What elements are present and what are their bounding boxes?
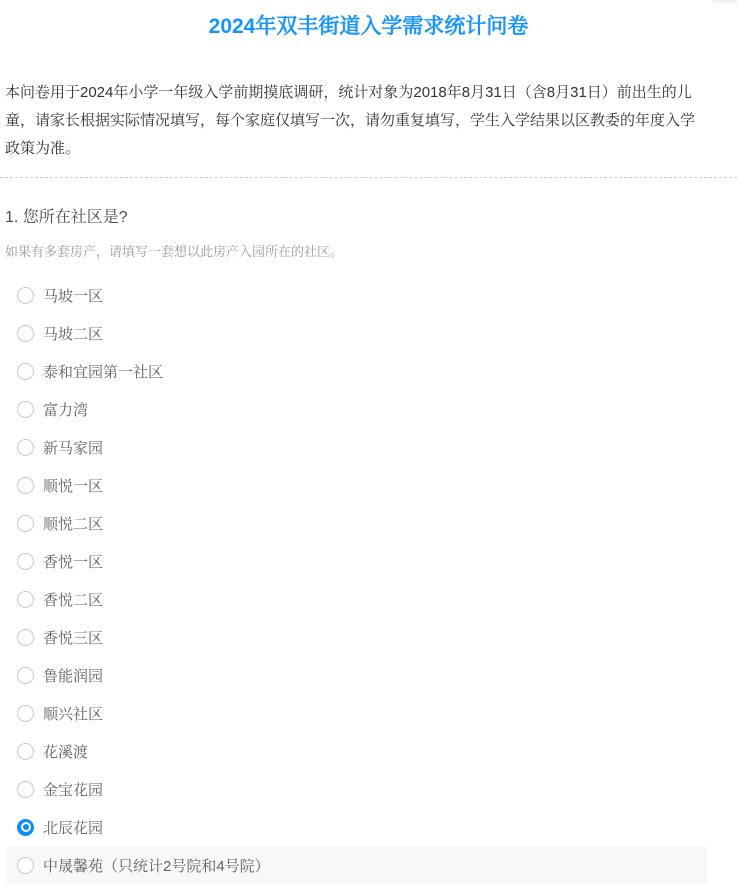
radio-option-label: 泰和宜园第一社区	[43, 361, 163, 382]
radio-option[interactable]: 中晟馨苑（只统计2号院和4号院）	[7, 846, 707, 884]
radio-option[interactable]: 花溪渡	[7, 732, 707, 770]
radio-icon[interactable]	[17, 401, 34, 418]
radio-icon[interactable]	[17, 439, 34, 456]
radio-icon[interactable]	[17, 629, 34, 646]
radio-option-label: 新马家园	[43, 437, 103, 458]
radio-option[interactable]: 北辰花园	[7, 808, 707, 846]
radio-option[interactable]: 香悦一区	[7, 542, 707, 580]
radio-option[interactable]: 顺兴社区	[7, 694, 707, 732]
radio-option[interactable]: 富力湾	[7, 390, 707, 428]
radio-option-label: 马坡二区	[43, 323, 103, 344]
radio-option[interactable]: 泰和宜园第一社区	[7, 352, 707, 390]
radio-icon[interactable]	[17, 553, 34, 570]
radio-option[interactable]: 顺悦二区	[7, 504, 707, 542]
radio-icon[interactable]	[17, 705, 34, 722]
radio-icon[interactable]	[17, 857, 34, 874]
radio-icon[interactable]	[17, 477, 34, 494]
scrollbar-artifact	[713, 0, 737, 3]
radio-option[interactable]: 香悦三区	[7, 618, 707, 656]
radio-option[interactable]: 鲁能润园	[7, 656, 707, 694]
radio-option-label: 中晟馨苑（只统计2号院和4号院）	[43, 855, 270, 876]
radio-icon[interactable]	[17, 515, 34, 532]
radio-option[interactable]: 顺悦一区	[7, 466, 707, 504]
radio-option-label: 马坡一区	[43, 285, 103, 306]
radio-icon[interactable]	[17, 819, 34, 836]
radio-option[interactable]: 新马家园	[7, 428, 707, 466]
radio-icon[interactable]	[17, 325, 34, 342]
question-title: 1. 您所在社区是?	[5, 209, 128, 226]
radio-option[interactable]: 马坡一区	[7, 276, 707, 314]
radio-icon[interactable]	[17, 743, 34, 760]
section-divider	[0, 177, 737, 178]
radio-option[interactable]: 马坡二区	[7, 314, 707, 352]
survey-page: 2024年双丰街道入学需求统计问卷 本问卷用于2024年小学一年级入学前期摸底调…	[0, 14, 737, 884]
radio-option-label: 顺兴社区	[43, 703, 103, 724]
radio-option-label: 香悦三区	[43, 627, 103, 648]
radio-option-label: 香悦一区	[43, 551, 103, 572]
radio-option-label: 金宝花园	[43, 779, 103, 800]
radio-option[interactable]: 香悦二区	[7, 580, 707, 618]
radio-option-label: 香悦二区	[43, 589, 103, 610]
radio-option-label: 富力湾	[43, 399, 88, 420]
question-block: * 1. 您所在社区是? 如果有多套房产，请填写一套想以此房产入园所在的社区。 …	[5, 206, 737, 884]
radio-option[interactable]: 金宝花园	[7, 770, 707, 808]
radio-icon[interactable]	[17, 781, 34, 798]
page-title: 2024年双丰街道入学需求统计问卷	[0, 14, 737, 39]
radio-icon[interactable]	[17, 667, 34, 684]
radio-option-label: 北辰花园	[43, 817, 103, 838]
intro-text: 本问卷用于2024年小学一年级入学前期摸底调研，统计对象为2018年8月31日（…	[5, 79, 707, 163]
radio-option-label: 顺悦一区	[43, 475, 103, 496]
radio-icon[interactable]	[17, 287, 34, 304]
radio-icon[interactable]	[17, 591, 34, 608]
options-list: 马坡一区 马坡二区 泰和宜园第一社区 富力湾 新马家园 顺悦一区 顺悦二区 香悦…	[0, 276, 737, 884]
question-title-row: * 1. 您所在社区是?	[5, 206, 737, 230]
question-hint: 如果有多套房产，请填写一套想以此房产入园所在的社区。	[5, 242, 737, 262]
radio-icon[interactable]	[17, 363, 34, 380]
radio-option-label: 花溪渡	[43, 741, 88, 762]
radio-option-label: 顺悦二区	[43, 513, 103, 534]
radio-option-label: 鲁能润园	[43, 665, 103, 686]
